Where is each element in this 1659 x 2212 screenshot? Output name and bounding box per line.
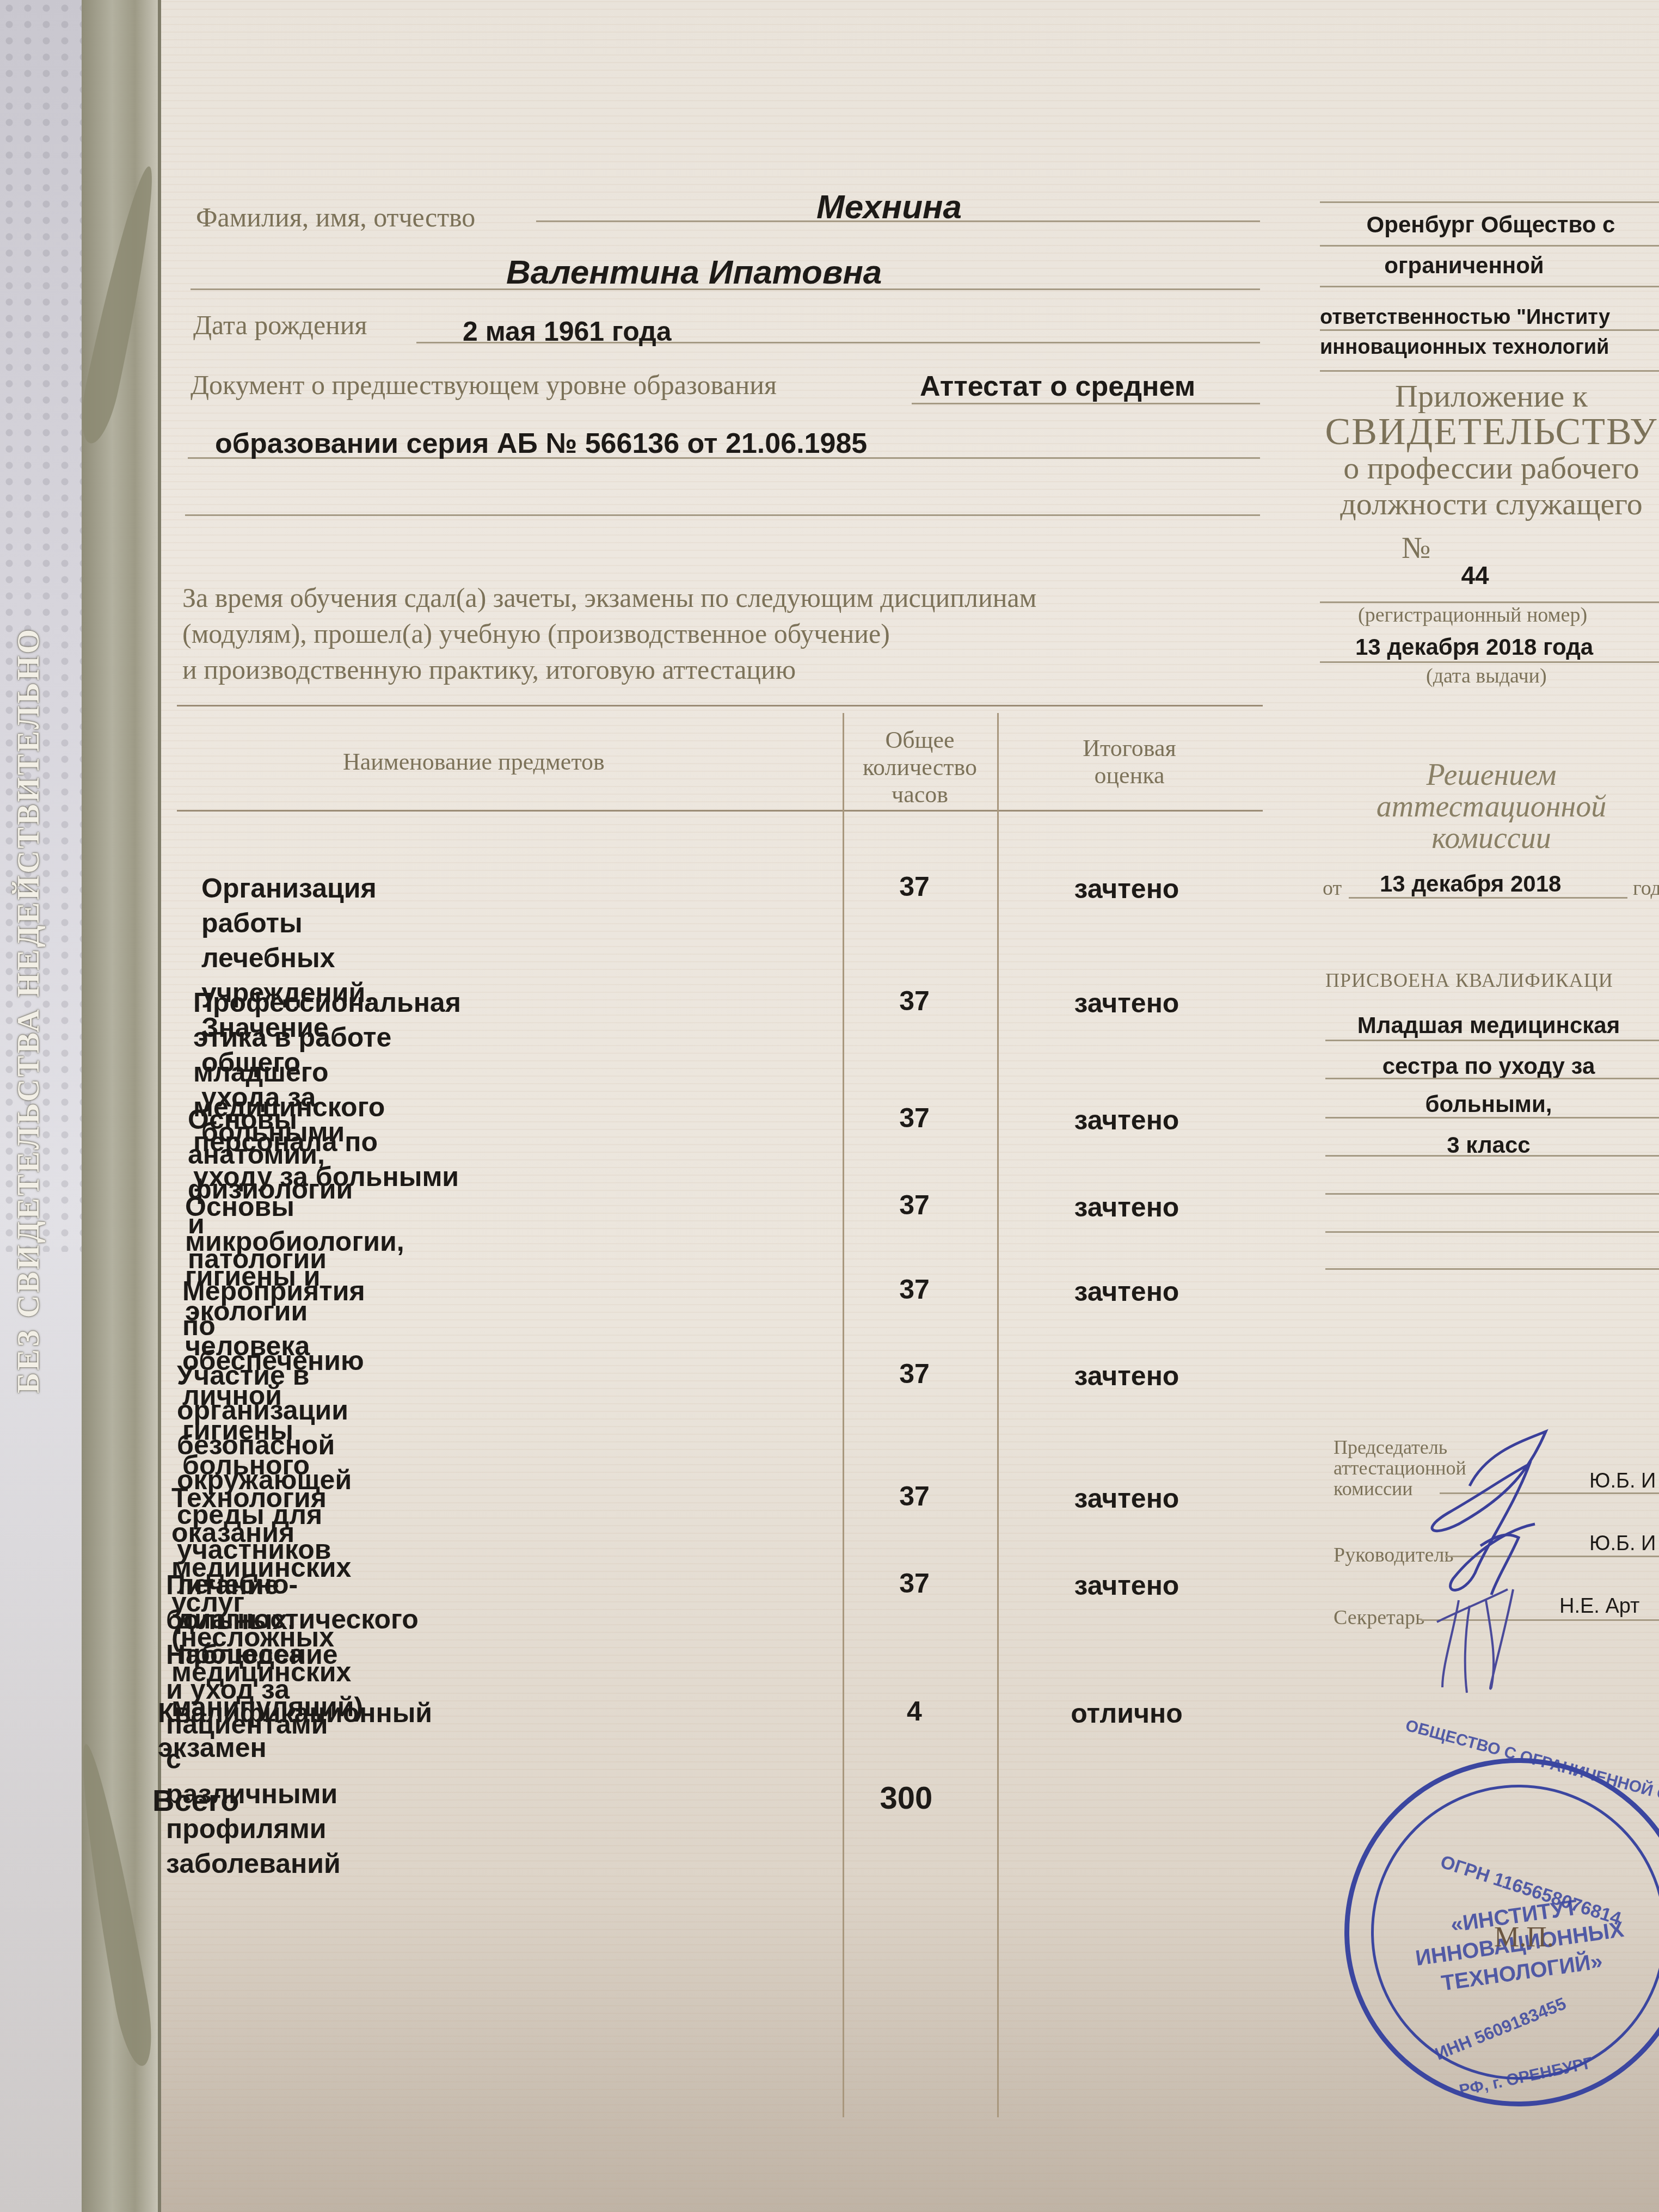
- grade-value: зачтено: [1001, 1276, 1252, 1307]
- grade-value: зачтено: [1001, 987, 1252, 1019]
- org-line: ограниченной: [1323, 250, 1606, 281]
- qualification-line: больными,: [1325, 1091, 1652, 1117]
- underline: [1320, 661, 1659, 663]
- hours-value: 37: [844, 1102, 985, 1134]
- seal-place-mark: М.П.: [1494, 1921, 1554, 1953]
- prev-doc-value-line2: образовании серия АБ № 566136 от 21.06.1…: [215, 427, 867, 460]
- given-names-value: Валентина Ипатовна: [506, 253, 882, 292]
- underline: [1320, 329, 1659, 331]
- total-hours: 300: [844, 1780, 969, 1816]
- decision-from-label: от: [1323, 876, 1342, 900]
- column-divider: [843, 713, 844, 2117]
- header-grade-line: Итоговая: [999, 735, 1260, 762]
- dob-label: Дата рождения: [193, 309, 367, 341]
- underline: [1325, 1268, 1659, 1270]
- decision-heading: Решением аттестационной комиссии: [1350, 759, 1633, 854]
- header-hours-line: количество: [844, 754, 996, 781]
- grade-value: зачтено: [1001, 1570, 1252, 1601]
- chair-name: Ю.Б. И: [1589, 1470, 1656, 1493]
- org-line: ответственностью "Институ: [1320, 302, 1610, 333]
- header-hours: Общее количество часов: [844, 727, 996, 808]
- hours-value: 37: [844, 1358, 985, 1390]
- org-line: Оренбург Общество с: [1323, 210, 1659, 240]
- surname-value: Мехнина: [816, 188, 962, 226]
- decision-line: аттестационной: [1350, 791, 1633, 822]
- ornament-border: [82, 0, 161, 2212]
- header-hours-line: Общее: [844, 727, 996, 754]
- subject-line: Организация работы лечебных: [201, 871, 377, 975]
- intro-line: и производственную практику, итоговую ат…: [182, 652, 1260, 687]
- subject-line: заболеваний: [166, 1846, 341, 1881]
- hours-value: 37: [844, 871, 985, 902]
- underline: [1320, 286, 1659, 287]
- hours-value: 37: [844, 1274, 985, 1305]
- qualification-line: сестра по уходу за: [1325, 1053, 1652, 1079]
- table-top-border: [177, 705, 1263, 706]
- header-subject: Наименование предметов: [343, 748, 605, 776]
- header-grade-line: оценка: [999, 762, 1260, 789]
- fio-label: Фамилия, имя, отчество: [196, 201, 475, 233]
- subject-line: Профессиональная этика в работе: [193, 985, 461, 1055]
- appendix-title-line: о профессии рабочего: [1323, 450, 1659, 486]
- header-hours-line: часов: [844, 781, 996, 808]
- hours-value: 37: [844, 1568, 985, 1599]
- issue-date: 13 декабря 2018 года: [1355, 634, 1593, 660]
- appendix-title-line: должности служащего: [1323, 486, 1659, 522]
- hours-value: 37: [844, 1480, 985, 1512]
- underline: [1320, 201, 1659, 203]
- header-grade: Итоговая оценка: [999, 735, 1260, 789]
- underline: [1320, 370, 1659, 372]
- underline: [1320, 245, 1659, 247]
- org-name: Оренбург Общество с: [1323, 210, 1659, 240]
- qualification-line: 3 класс: [1325, 1132, 1652, 1158]
- underline: [1325, 1078, 1659, 1079]
- table-header-border: [177, 810, 1263, 812]
- appendix-title-line: Приложение к: [1323, 378, 1659, 414]
- prev-doc-label: Документ о предшествующем уровне образов…: [191, 369, 777, 401]
- ornament-leaf-icon: [70, 1741, 158, 2068]
- underline: [1325, 1117, 1659, 1119]
- decision-date: 13 декабря 2018: [1380, 871, 1561, 897]
- vertical-warning-text: БЕЗ СВИДЕТЕЛЬСТВА НЕДЕЙСТВИТЕЛЬНО: [10, 627, 46, 1393]
- signature-secretary-icon: [1426, 1568, 1535, 1709]
- qualification-heading: ПРИСВОЕНА КВАЛИФИКАЦИ: [1325, 969, 1613, 992]
- underline: [912, 403, 1260, 404]
- intro-line: (модулям), прошел(а) учебную (производст…: [182, 616, 1260, 652]
- underline: [1349, 897, 1627, 899]
- underline: [185, 514, 1260, 516]
- grade-value: зачтено: [1001, 873, 1252, 905]
- reg-number-caption: (регистрационный номер): [1358, 603, 1587, 627]
- subject-name: Квалификационный экзамен: [158, 1695, 432, 1765]
- issue-date-caption: (дата выдачи): [1426, 664, 1547, 688]
- grade-value: зачтено: [1001, 1191, 1252, 1223]
- decision-line: Решением: [1350, 759, 1633, 791]
- hours-value: 37: [844, 985, 985, 1017]
- intro-paragraph: За время обучения сдал(а) зачеты, экзаме…: [182, 580, 1260, 687]
- grade-value: зачтено: [1001, 1483, 1252, 1514]
- underline: [1325, 1155, 1659, 1157]
- dob-value: 2 мая 1961 года: [463, 316, 672, 347]
- underline: [1325, 1193, 1659, 1195]
- hours-value: 4: [844, 1695, 985, 1727]
- subject-line: Квалификационный экзамен: [158, 1695, 432, 1765]
- prev-doc-value-line1: Аттестат о среднем: [920, 370, 1195, 403]
- qualification-line: Младшая медицинская: [1325, 1012, 1652, 1039]
- hours-value: 37: [844, 1189, 985, 1221]
- appendix-title: Приложение к СВИДЕТЕЛЬСТВУ о профессии р…: [1323, 378, 1659, 522]
- subject-line: Участие в организации безопасной: [177, 1358, 419, 1463]
- decision-year-word: год: [1633, 876, 1659, 900]
- underline: [1325, 1040, 1659, 1041]
- total-label: Всего: [152, 1783, 239, 1818]
- column-divider: [997, 713, 999, 2117]
- org-line: инновационных технологий: [1320, 332, 1609, 362]
- registration-number: 44: [1415, 561, 1535, 590]
- underline: [1325, 1231, 1659, 1233]
- grade-value: отлично: [1001, 1698, 1252, 1729]
- decision-line: комиссии: [1350, 822, 1633, 854]
- appendix-title-line: СВИДЕТЕЛЬСТВУ: [1323, 414, 1659, 450]
- intro-line: За время обучения сдал(а) зачеты, экзаме…: [182, 580, 1260, 616]
- head-name: Ю.Б. И: [1589, 1532, 1656, 1556]
- grade-value: зачтено: [1001, 1104, 1252, 1136]
- grade-value: зачтено: [1001, 1360, 1252, 1392]
- subject-line: Питание больных. Наблюдение и уход за: [166, 1568, 341, 1707]
- ornament-leaf-icon: [75, 163, 165, 446]
